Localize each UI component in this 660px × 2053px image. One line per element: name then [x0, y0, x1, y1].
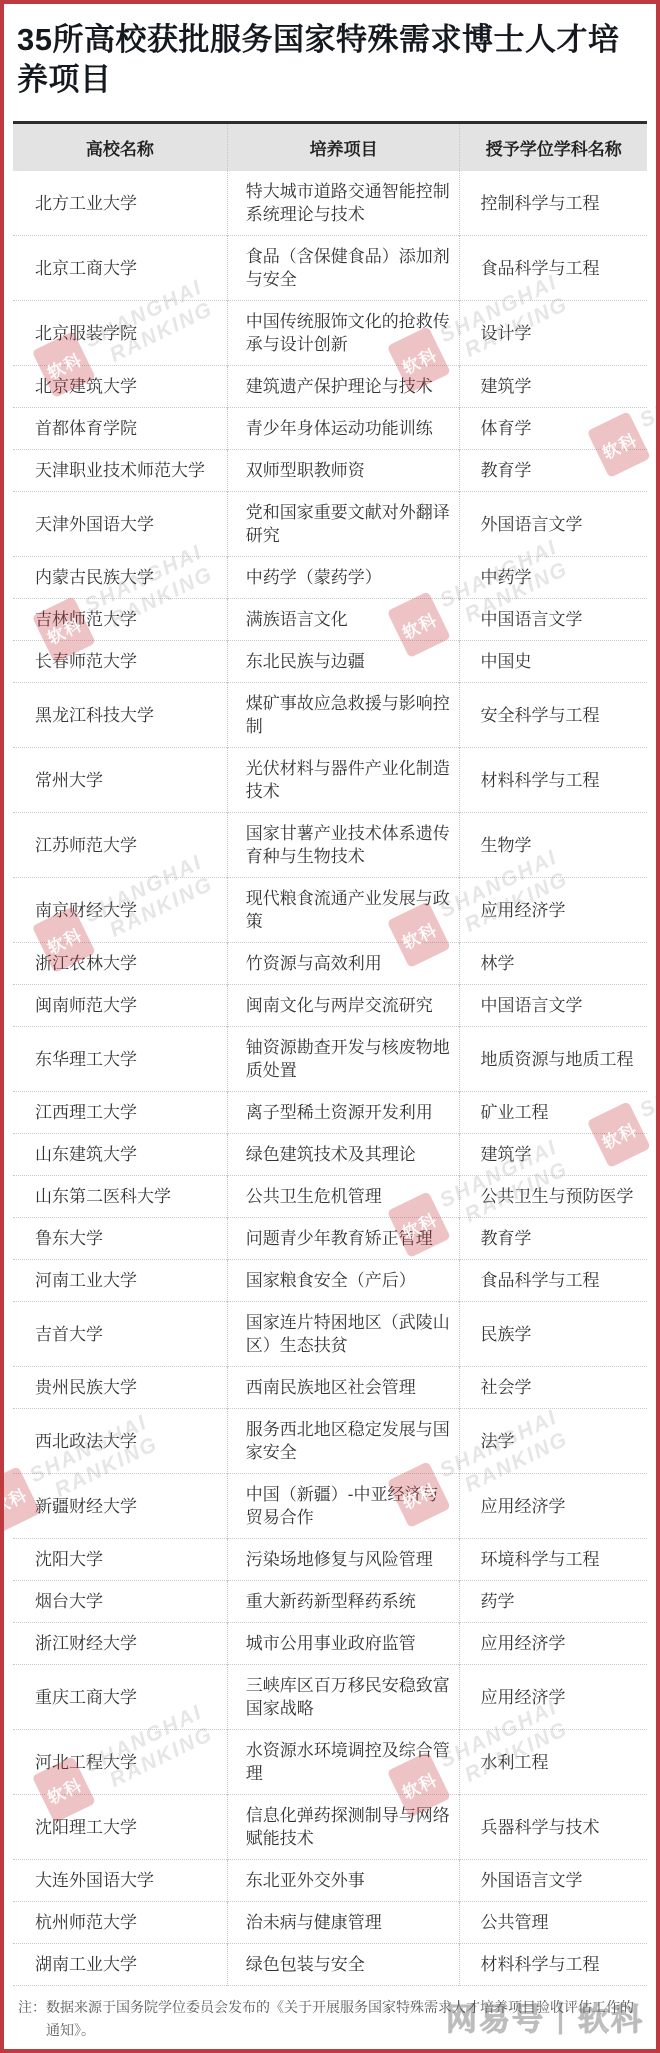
content-area: 35所高校获批服务国家特殊需求博士人才培养项目 高校名称 培养项目 授予学位学科… — [4, 20, 656, 2053]
cell-discipline: 中国语言文学 — [460, 599, 647, 641]
table-row: 烟台大学重大新药新型释药系统药学 — [13, 1581, 647, 1623]
cell-university: 江西理工大学 — [13, 1092, 227, 1134]
cell-project: 建筑遗产保护理论与技术 — [227, 366, 460, 408]
cell-university: 沈阳大学 — [13, 1539, 227, 1581]
cell-project: 治未病与健康管理 — [227, 1902, 460, 1944]
cell-university: 杭州师范大学 — [13, 1902, 227, 1944]
table-row: 东华理工大学铀资源勘查开发与核废物地质处置地质资源与地质工程 — [13, 1027, 647, 1092]
cell-project: 西南民族地区社会管理 — [227, 1367, 460, 1409]
table-row: 首都体育学院青少年身体运动功能训练体育学 — [13, 408, 647, 450]
cell-university: 大连外国语大学 — [13, 1860, 227, 1902]
table-row: 山东第二医科大学公共卫生危机管理公共卫生与预防医学 — [13, 1176, 647, 1218]
cell-project: 东北亚外交外事 — [227, 1860, 460, 1902]
cell-discipline: 应用经济学 — [460, 878, 647, 943]
table-row: 沈阳理工大学信息化弹药探测制导与网络赋能技术兵器科学与技术 — [13, 1795, 647, 1860]
cell-project: 闽南文化与两岸交流研究 — [227, 985, 460, 1027]
table-row: 天津职业技术师范大学双师型职教师资教育学 — [13, 450, 647, 492]
column-header-university: 高校名称 — [13, 123, 227, 172]
column-header-project: 培养项目 — [227, 123, 460, 172]
cell-university: 北京工商大学 — [13, 236, 227, 301]
table-row: 北方工业大学特大城市道路交通智能控制系统理论与技术控制科学与工程 — [13, 171, 647, 236]
cell-university: 长春师范大学 — [13, 641, 227, 683]
cell-discipline: 控制科学与工程 — [460, 171, 647, 236]
table-row: 西北政法大学服务西北地区稳定发展与国家安全法学 — [13, 1409, 647, 1474]
cell-discipline: 应用经济学 — [460, 1474, 647, 1539]
infographic-page: 软科SHANGHAIRANKING软科SHANGHAIRANKING软科SHAN… — [0, 0, 660, 2053]
cell-project: 双师型职教师资 — [227, 450, 460, 492]
table-row: 吉首大学国家连片特困地区（武陵山区）生态扶贫民族学 — [13, 1302, 647, 1367]
cell-discipline: 中药学 — [460, 557, 647, 599]
cell-discipline: 建筑学 — [460, 366, 647, 408]
cell-university: 鲁东大学 — [13, 1218, 227, 1260]
cell-university: 闽南师范大学 — [13, 985, 227, 1027]
table-row: 常州大学光伏材料与器件产业化制造技术材料科学与工程 — [13, 748, 647, 813]
table-row: 新疆财经大学中国（新疆）-中亚经济与贸易合作应用经济学 — [13, 1474, 647, 1539]
cell-discipline: 地质资源与地质工程 — [460, 1027, 647, 1092]
cell-university: 河北工程大学 — [13, 1730, 227, 1795]
cell-project: 城市公用事业政府监管 — [227, 1623, 460, 1665]
cell-discipline: 民族学 — [460, 1302, 647, 1367]
cell-project: 铀资源勘查开发与核废物地质处置 — [227, 1027, 460, 1092]
cell-university: 西北政法大学 — [13, 1409, 227, 1474]
cell-project: 光伏材料与器件产业化制造技术 — [227, 748, 460, 813]
table-row: 重庆工商大学三峡库区百万移民安稳致富国家战略应用经济学 — [13, 1665, 647, 1730]
table-row: 湖南工业大学绿色包装与安全材料科学与工程 — [13, 1944, 647, 1986]
cell-project: 国家甘薯产业技术体系遗传育种与生物技术 — [227, 813, 460, 878]
cell-discipline: 外国语言文学 — [460, 1860, 647, 1902]
cell-discipline: 教育学 — [460, 450, 647, 492]
cell-university: 浙江财经大学 — [13, 1623, 227, 1665]
cell-university: 内蒙古民族大学 — [13, 557, 227, 599]
cell-project: 中国传统服饰文化的抢救传承与设计创新 — [227, 301, 460, 366]
table-row: 黑龙江科技大学煤矿事故应急救援与影响控制安全科学与工程 — [13, 683, 647, 748]
cell-university: 首都体育学院 — [13, 408, 227, 450]
table-row: 北京建筑大学建筑遗产保护理论与技术建筑学 — [13, 366, 647, 408]
cell-discipline: 水利工程 — [460, 1730, 647, 1795]
cell-discipline: 材料科学与工程 — [460, 1944, 647, 1986]
cell-project: 三峡库区百万移民安稳致富国家战略 — [227, 1665, 460, 1730]
table-header-row: 高校名称 培养项目 授予学位学科名称 — [13, 123, 647, 172]
cell-project: 竹资源与高效利用 — [227, 943, 460, 985]
cell-university: 北方工业大学 — [13, 171, 227, 236]
table-row: 大连外国语大学东北亚外交外事外国语言文学 — [13, 1860, 647, 1902]
cell-project: 水资源水环境调控及综合管理 — [227, 1730, 460, 1795]
cell-discipline: 林学 — [460, 943, 647, 985]
cell-discipline: 设计学 — [460, 301, 647, 366]
cell-discipline: 应用经济学 — [460, 1665, 647, 1730]
source-note: 注： 数据来源于国务院学位委员会发布的《关于开展服务国家特殊需求人才培养项目验收… — [13, 1996, 647, 2042]
cell-discipline: 药学 — [460, 1581, 647, 1623]
cell-project: 现代粮食流通产业发展与政策 — [227, 878, 460, 943]
table-row: 浙江财经大学城市公用事业政府监管应用经济学 — [13, 1623, 647, 1665]
cell-discipline: 中国史 — [460, 641, 647, 683]
cell-university: 南京财经大学 — [13, 878, 227, 943]
cell-discipline: 材料科学与工程 — [460, 748, 647, 813]
cell-project: 重大新药新型释药系统 — [227, 1581, 460, 1623]
programs-table: 高校名称 培养项目 授予学位学科名称 北方工业大学特大城市道路交通智能控制系统理… — [13, 121, 647, 1986]
cell-discipline: 应用经济学 — [460, 1623, 647, 1665]
table-row: 贵州民族大学西南民族地区社会管理社会学 — [13, 1367, 647, 1409]
cell-university: 新疆财经大学 — [13, 1474, 227, 1539]
cell-discipline: 矿业工程 — [460, 1092, 647, 1134]
table-row: 鲁东大学问题青少年教育矫正管理教育学 — [13, 1218, 647, 1260]
cell-project: 公共卫生危机管理 — [227, 1176, 460, 1218]
cell-university: 黑龙江科技大学 — [13, 683, 227, 748]
source-note-label: 注： — [18, 1996, 46, 2042]
table-row: 长春师范大学东北民族与边疆中国史 — [13, 641, 647, 683]
cell-university: 吉林师范大学 — [13, 599, 227, 641]
cell-project: 污染场地修复与风险管理 — [227, 1539, 460, 1581]
table-row: 浙江农林大学竹资源与高效利用林学 — [13, 943, 647, 985]
cell-discipline: 环境科学与工程 — [460, 1539, 647, 1581]
cell-university: 东华理工大学 — [13, 1027, 227, 1092]
cell-university: 天津外国语大学 — [13, 492, 227, 557]
cell-project: 国家连片特困地区（武陵山区）生态扶贫 — [227, 1302, 460, 1367]
cell-discipline: 公共卫生与预防医学 — [460, 1176, 647, 1218]
cell-project: 国家粮食安全（产后） — [227, 1260, 460, 1302]
cell-discipline: 社会学 — [460, 1367, 647, 1409]
cell-project: 青少年身体运动功能训练 — [227, 408, 460, 450]
cell-university: 天津职业技术师范大学 — [13, 450, 227, 492]
cell-university: 湖南工业大学 — [13, 1944, 227, 1986]
cell-discipline: 法学 — [460, 1409, 647, 1474]
cell-university: 河南工业大学 — [13, 1260, 227, 1302]
cell-discipline: 体育学 — [460, 408, 647, 450]
cell-university: 浙江农林大学 — [13, 943, 227, 985]
cell-university: 江苏师范大学 — [13, 813, 227, 878]
table-row: 河南工业大学国家粮食安全（产后）食品科学与工程 — [13, 1260, 647, 1302]
cell-discipline: 中国语言文学 — [460, 985, 647, 1027]
cell-project: 中国（新疆）-中亚经济与贸易合作 — [227, 1474, 460, 1539]
cell-discipline: 外国语言文学 — [460, 492, 647, 557]
table-row: 内蒙古民族大学中药学（蒙药学）中药学 — [13, 557, 647, 599]
cell-discipline: 公共管理 — [460, 1902, 647, 1944]
cell-university: 北京服装学院 — [13, 301, 227, 366]
cell-project: 问题青少年教育矫正管理 — [227, 1218, 460, 1260]
table-row: 江苏师范大学国家甘薯产业技术体系遗传育种与生物技术生物学 — [13, 813, 647, 878]
cell-discipline: 食品科学与工程 — [460, 1260, 647, 1302]
column-header-discipline: 授予学位学科名称 — [460, 123, 647, 172]
cell-project: 党和国家重要文献对外翻译研究 — [227, 492, 460, 557]
cell-university: 山东第二医科大学 — [13, 1176, 227, 1218]
table-row: 沈阳大学污染场地修复与风险管理环境科学与工程 — [13, 1539, 647, 1581]
source-note-text: 数据来源于国务院学位委员会发布的《关于开展服务国家特殊需求人才培养项目验收评估工… — [46, 1996, 642, 2042]
cell-discipline: 教育学 — [460, 1218, 647, 1260]
table-row: 河北工程大学水资源水环境调控及综合管理水利工程 — [13, 1730, 647, 1795]
table-row: 北京工商大学食品（含保健食品）添加剂与安全食品科学与工程 — [13, 236, 647, 301]
cell-project: 绿色建筑技术及其理论 — [227, 1134, 460, 1176]
cell-project: 中药学（蒙药学） — [227, 557, 460, 599]
cell-project: 东北民族与边疆 — [227, 641, 460, 683]
table-row: 杭州师范大学治未病与健康管理公共管理 — [13, 1902, 647, 1944]
cell-university: 烟台大学 — [13, 1581, 227, 1623]
cell-project: 离子型稀土资源开发利用 — [227, 1092, 460, 1134]
cell-discipline: 安全科学与工程 — [460, 683, 647, 748]
cell-university: 沈阳理工大学 — [13, 1795, 227, 1860]
table-row: 吉林师范大学满族语言文化中国语言文学 — [13, 599, 647, 641]
cell-discipline: 建筑学 — [460, 1134, 647, 1176]
cell-discipline: 生物学 — [460, 813, 647, 878]
cell-university: 北京建筑大学 — [13, 366, 227, 408]
table-row: 江西理工大学离子型稀土资源开发利用矿业工程 — [13, 1092, 647, 1134]
table-row: 北京服装学院中国传统服饰文化的抢救传承与设计创新设计学 — [13, 301, 647, 366]
cell-university: 重庆工商大学 — [13, 1665, 227, 1730]
cell-project: 绿色包装与安全 — [227, 1944, 460, 1986]
cell-university: 常州大学 — [13, 748, 227, 813]
table-row: 南京财经大学现代粮食流通产业发展与政策应用经济学 — [13, 878, 647, 943]
cell-project: 煤矿事故应急救援与影响控制 — [227, 683, 460, 748]
table-row: 山东建筑大学绿色建筑技术及其理论建筑学 — [13, 1134, 647, 1176]
cell-project: 食品（含保健食品）添加剂与安全 — [227, 236, 460, 301]
cell-project: 特大城市道路交通智能控制系统理论与技术 — [227, 171, 460, 236]
table-row: 天津外国语大学党和国家重要文献对外翻译研究外国语言文学 — [13, 492, 647, 557]
table-row: 闽南师范大学闽南文化与两岸交流研究中国语言文学 — [13, 985, 647, 1027]
cell-university: 山东建筑大学 — [13, 1134, 227, 1176]
cell-discipline: 兵器科学与技术 — [460, 1795, 647, 1860]
cell-project: 满族语言文化 — [227, 599, 460, 641]
cell-project: 服务西北地区稳定发展与国家安全 — [227, 1409, 460, 1474]
cell-discipline: 食品科学与工程 — [460, 236, 647, 301]
cell-project: 信息化弹药探测制导与网络赋能技术 — [227, 1795, 460, 1860]
cell-university: 吉首大学 — [13, 1302, 227, 1367]
cell-university: 贵州民族大学 — [13, 1367, 227, 1409]
page-title: 35所高校获批服务国家特殊需求博士人才培养项目 — [17, 20, 632, 100]
